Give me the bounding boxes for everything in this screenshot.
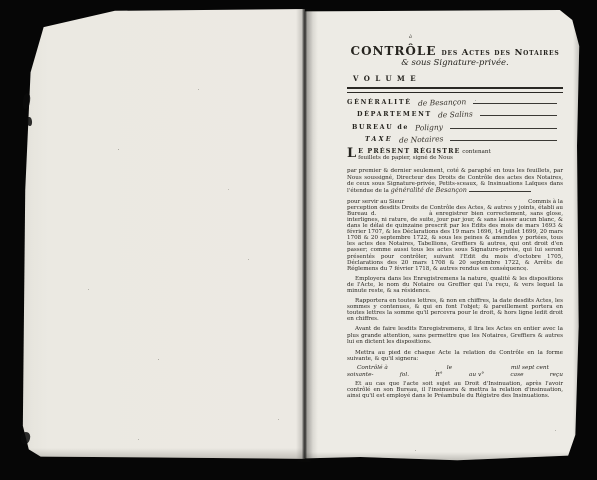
register-opening: L E PRÉSENT RÉGISTRE contenant feuillets… xyxy=(347,148,563,161)
formula-word: fol. xyxy=(400,372,409,379)
opening-caps: E PRÉSENT RÉGISTRE xyxy=(358,147,460,155)
drop-cap: L xyxy=(347,148,356,159)
paragraph-employera: Employera dans les Enregistremens la nat… xyxy=(347,276,563,294)
paragraph-rapportera: Rapportera en toutes lettres, & non en c… xyxy=(347,298,563,322)
rule-line xyxy=(473,103,557,104)
handwritten-annotation: à xyxy=(409,34,412,40)
field-label: GÉNÉRALITÉ xyxy=(347,99,412,106)
double-rule xyxy=(347,87,563,93)
title-subline: & sous Signature-privée. xyxy=(347,58,563,68)
volume-label: VOLUME xyxy=(353,74,563,83)
rule-line xyxy=(480,115,557,116)
formula-word: au v° xyxy=(469,372,484,379)
formula-word: le xyxy=(447,365,452,372)
rule-line xyxy=(450,140,557,141)
paragraph-mettra: Mettra au pied de chaque Acte la relatio… xyxy=(347,350,563,362)
formula-word: soixante- xyxy=(347,372,374,379)
text-column: à CONTRÔLE des Actes des Notaires & sous… xyxy=(347,40,563,399)
blank-verso-page xyxy=(8,9,305,462)
handwritten-value: de Besançon xyxy=(418,97,467,108)
paragraph-avant: Avant de faire lesdits Enregistremens, i… xyxy=(347,326,563,344)
field-departement: DÉPARTEMENT de Salins xyxy=(357,110,563,118)
paragraph-text: à enregistrer bien correctement, sans gl… xyxy=(347,211,563,272)
formula-line1: Contrôlé à le mil sept cent xyxy=(347,365,563,372)
field-generalite: GÉNÉRALITÉ de Besançon xyxy=(347,98,563,106)
field-label: BUREAU de xyxy=(352,124,409,131)
opening-rest: contenant xyxy=(462,149,490,155)
book-gutter xyxy=(296,9,313,462)
formula-word: R° xyxy=(435,372,442,379)
field-label: TAXE xyxy=(365,136,393,143)
title-main: CONTRÔLE xyxy=(351,44,437,58)
paragraph-premier: par premier & dernier seulement, coté & … xyxy=(347,168,563,193)
formula-word: case xyxy=(510,372,523,379)
register-title: à CONTRÔLE des Actes des Notaires & sous… xyxy=(347,40,563,68)
controle-formula: Contrôlé à le mil sept cent soixante- fo… xyxy=(347,365,563,379)
paper-speckle xyxy=(48,29,49,30)
handwritten-value: de Salins xyxy=(438,109,473,119)
formula-word: reçu xyxy=(550,372,563,379)
printed-recto-page: N° 1er. à CONTRÔLE des Actes des Notaire… xyxy=(305,10,582,462)
paragraph-perception: perception desdits Droits de Contrôle de… xyxy=(347,205,563,272)
field-label: DÉPARTEMENT xyxy=(357,111,432,118)
handwritten-value: de Notaires xyxy=(399,134,444,145)
formula-word: Contrôlé à xyxy=(357,365,388,372)
rule-line xyxy=(469,187,531,192)
paper-speckle xyxy=(325,40,326,41)
field-taxe: TAXE de Notaires xyxy=(365,135,563,143)
formula-word: mil sept cent xyxy=(511,365,549,372)
ink-mark xyxy=(27,117,33,126)
rule-line xyxy=(450,128,557,129)
formula-line2: soixante- fol. R° au v° case reçu xyxy=(347,372,563,379)
handwritten-value: généralité de Besançon xyxy=(391,186,467,194)
paragraph-insinuation: Et au cas que l'acte soit sujet au Droit… xyxy=(347,381,563,399)
opening-line2: feuillets de papier, signé de Nous xyxy=(358,155,453,161)
field-bureau: BUREAU de Poligny xyxy=(352,123,563,131)
title-rest: des Actes des Notaires xyxy=(442,48,560,58)
handwritten-value: Poligny xyxy=(415,122,443,132)
scanned-book-spread: N° 1er. à CONTRÔLE des Actes des Notaire… xyxy=(0,0,597,480)
